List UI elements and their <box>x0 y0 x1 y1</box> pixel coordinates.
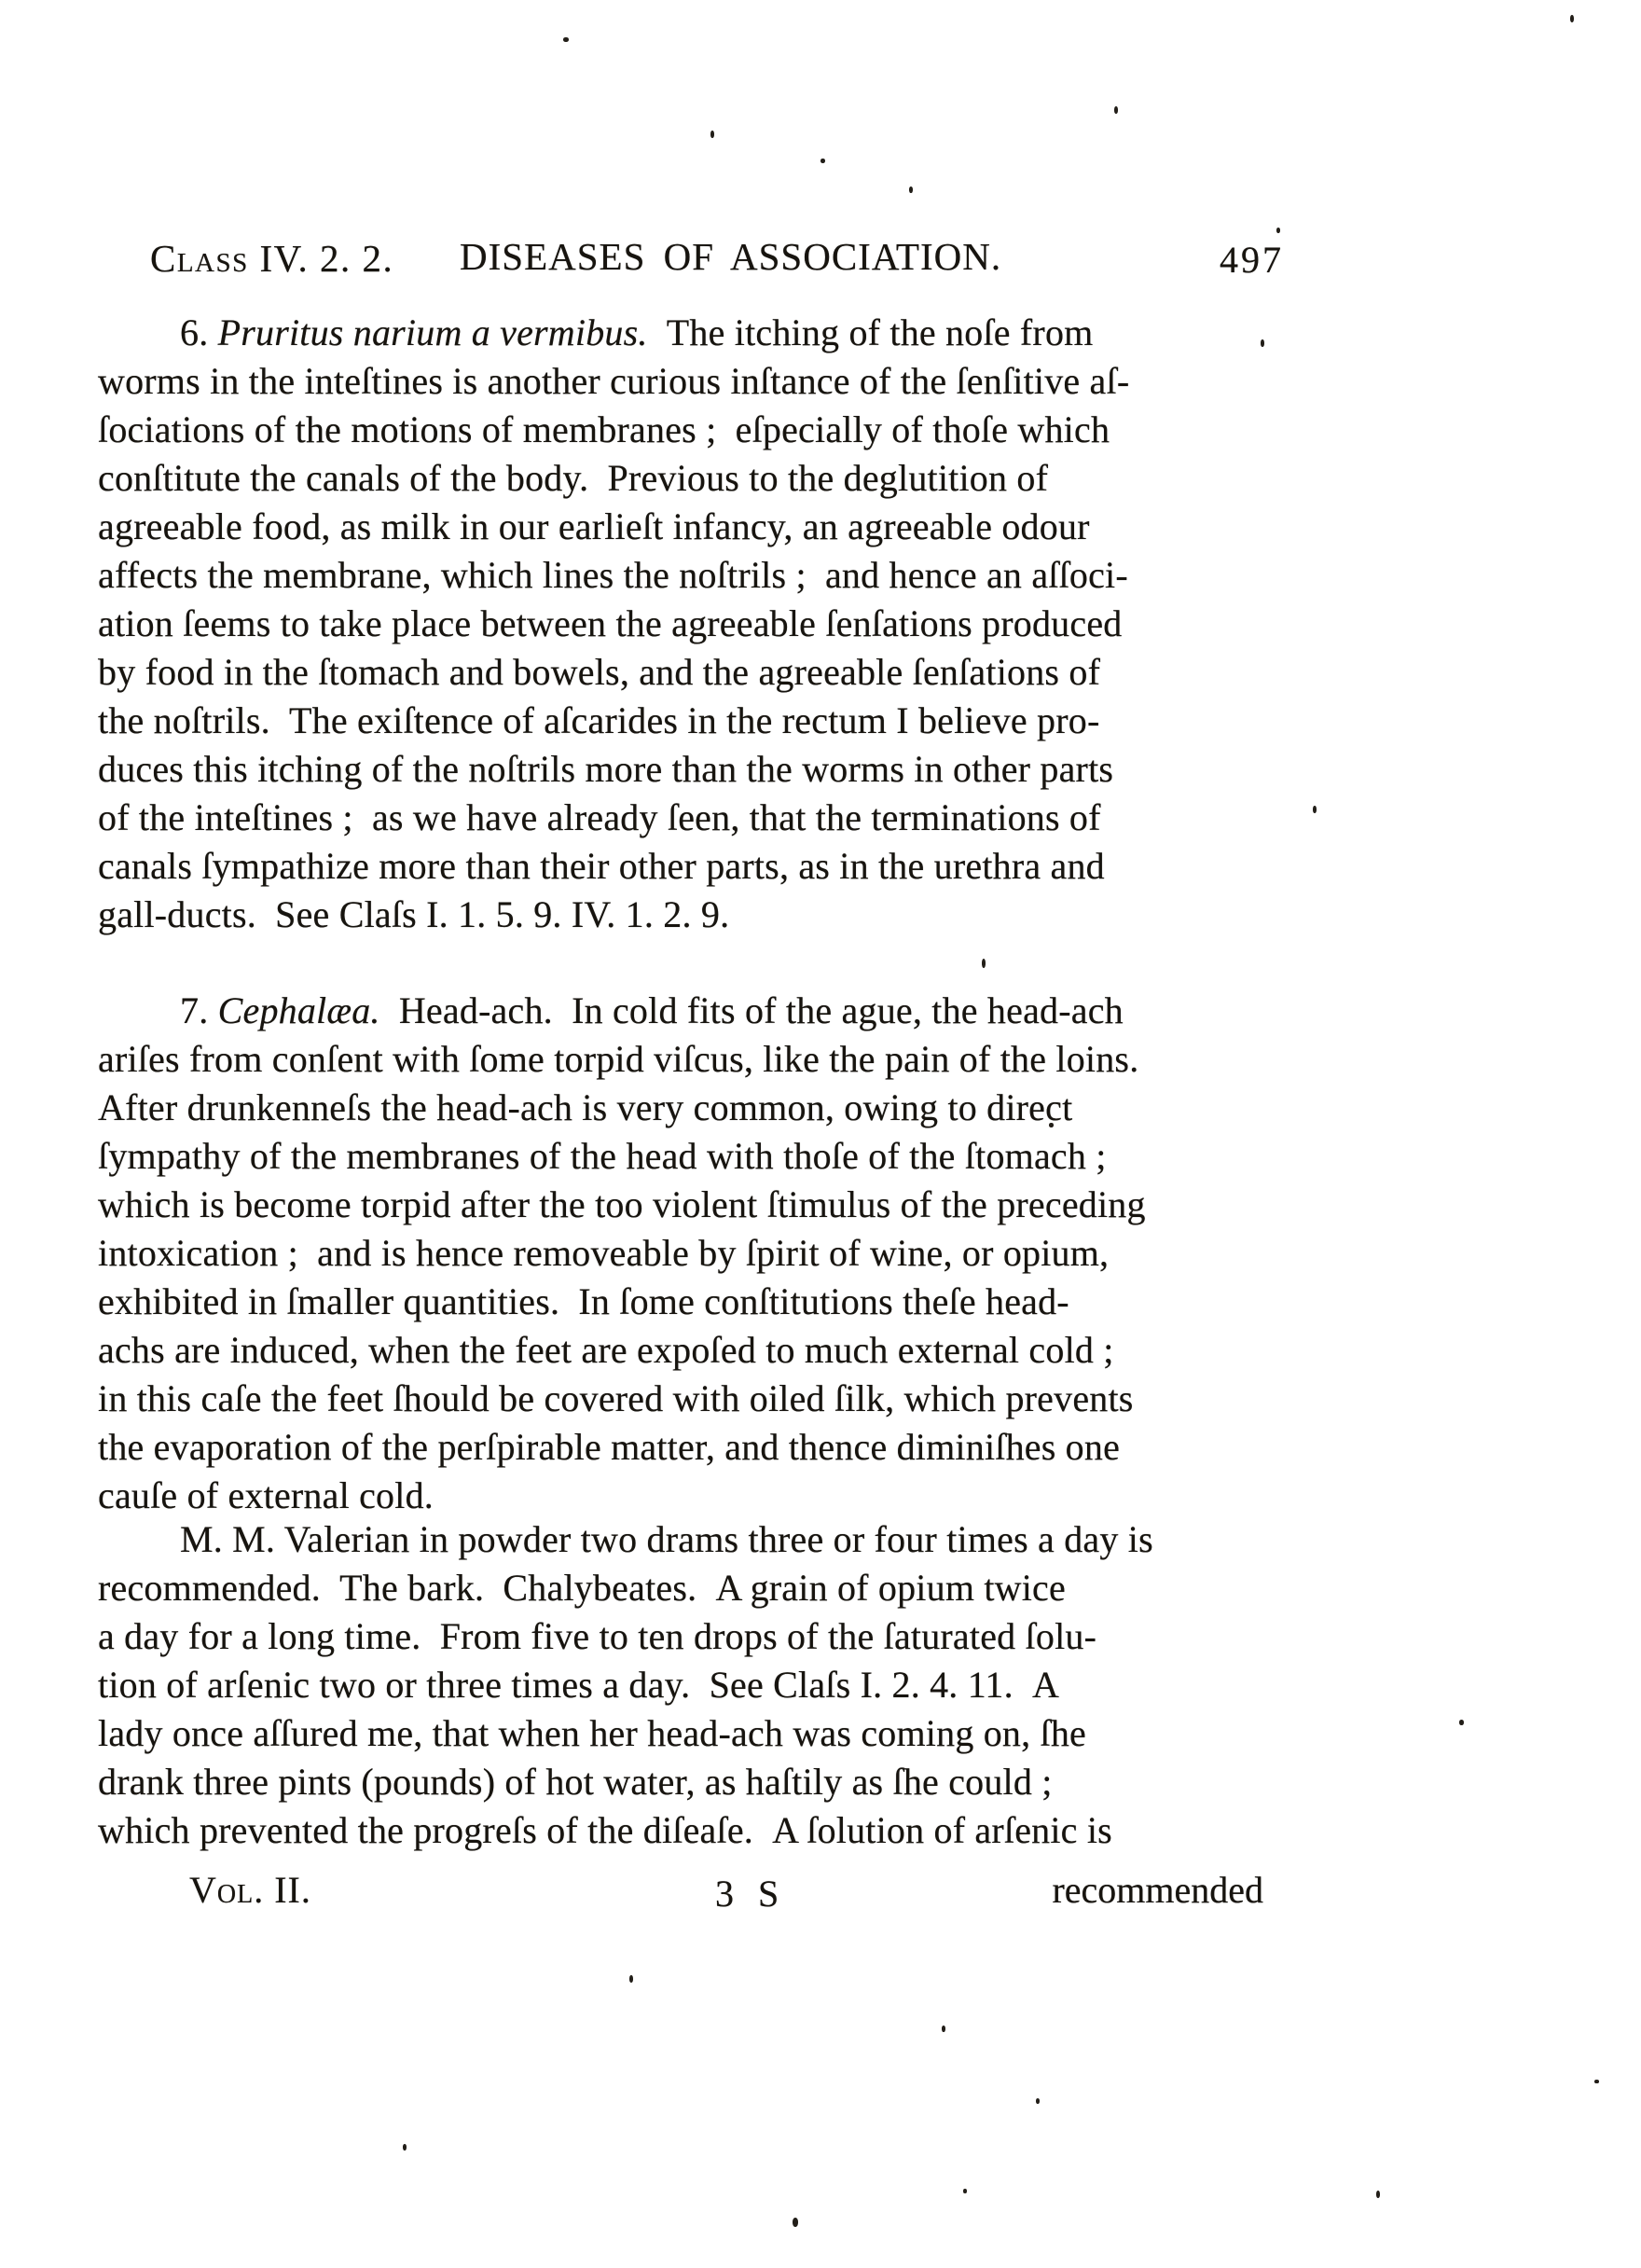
text-line: ation ſeems to take place between the ag… <box>98 600 1303 648</box>
scan-speck <box>1261 339 1264 347</box>
text-line: ariſes from conſent with ſome torpid viſ… <box>98 1035 1303 1084</box>
text-line: by food in the ſtomach and bowels, and t… <box>98 648 1303 697</box>
text-line: of the inteſtines ; as we have already ſ… <box>98 794 1303 842</box>
class-heading: Class IV. 2. 2. <box>150 234 393 283</box>
running-header: Class IV. 2. 2. DISEASES OF ASSOCIATION.… <box>98 234 1303 284</box>
scan-speck <box>909 187 913 193</box>
text-line: exhibited in ſmaller quantities. In ſome… <box>98 1278 1303 1326</box>
text-line: recommended. The bark. Chalybeates. A gr… <box>98 1564 1303 1612</box>
scan-speck <box>403 2144 407 2150</box>
section-materia-medica: M. M. Valerian in powder two drams three… <box>98 1515 1303 1855</box>
text-line: drank three pints (pounds) of hot water,… <box>98 1758 1303 1806</box>
text-line: lady once aſſured me, that when her head… <box>98 1709 1303 1758</box>
text-line: intoxication ; and is hence removeable b… <box>98 1229 1303 1278</box>
scan-speck <box>963 2189 967 2193</box>
scan-speck <box>1036 2098 1040 2104</box>
scan-speck <box>1376 2191 1380 2198</box>
text-line: 7. Cephalæa. Head-ach. In cold fits of t… <box>98 987 1303 1035</box>
text-line: which prevented the progreſs of the diſe… <box>98 1806 1303 1855</box>
text-line: the noſtrils. The exiſtence of aſcarides… <box>98 697 1303 745</box>
scan-speck <box>1313 806 1317 813</box>
scan-speck <box>1049 1123 1054 1127</box>
text-line: cauſe of external cold. <box>98 1472 1303 1520</box>
scan-speck <box>1114 106 1118 114</box>
text-line: 6. Pruritus narium a vermibus. The itchi… <box>98 309 1303 357</box>
text-line: achs are induced, when the feet are expo… <box>98 1326 1303 1375</box>
section-7-cephalaea: 7. Cephalæa. Head-ach. In cold fits of t… <box>98 987 1303 1520</box>
scan-speck <box>1459 1720 1464 1725</box>
scan-speck <box>563 37 569 42</box>
text-line: in this caſe the feet ſhould be covered … <box>98 1375 1303 1423</box>
scan-speck <box>710 131 714 138</box>
signature-mark: 3 S <box>715 1870 786 1918</box>
section-6-pruritus-narium: 6. Pruritus narium a vermibus. The itchi… <box>98 309 1303 939</box>
text-line: worms in the inteſtines is another curio… <box>98 357 1303 406</box>
text-line: affects the membrane, which lines the no… <box>98 551 1303 600</box>
book-page-scan: Class IV. 2. 2. DISEASES OF ASSOCIATION.… <box>0 0 1641 2268</box>
page-footer: Vol. II. 3 S recommended <box>98 1866 1303 1916</box>
scan-speck <box>793 2218 798 2227</box>
text-line: conſtitute the canals of the body. Previ… <box>98 454 1303 503</box>
volume-label: Vol. II. <box>189 1866 311 1915</box>
text-line: agreeable food, as milk in our earlieſt … <box>98 503 1303 551</box>
text-line: tion of arſenic two or three times a day… <box>98 1661 1303 1709</box>
text-line: duces this itching of the noſtrils more … <box>98 745 1303 794</box>
text-line: canals ſympathize more than their other … <box>98 842 1303 891</box>
text-line: After drunkenneſs the head-ach is very c… <box>98 1084 1303 1132</box>
text-line: which is become torpid after the too vio… <box>98 1181 1303 1229</box>
text-line: a day for a long time. From five to ten … <box>98 1612 1303 1661</box>
page-number: 497 <box>1220 236 1284 284</box>
text-line: the evaporation of the perſpirable matte… <box>98 1423 1303 1472</box>
scan-speck <box>629 1975 633 1983</box>
text-line: ſympathy of the membranes of the head wi… <box>98 1132 1303 1181</box>
text-line: M. M. Valerian in powder two drams three… <box>98 1515 1303 1564</box>
scan-speck <box>1570 15 1574 22</box>
catchword: recommended <box>1052 1866 1263 1915</box>
scan-speck <box>982 959 986 968</box>
scan-speck <box>942 2026 945 2032</box>
text-line: ſociations of the motions of membranes ;… <box>98 406 1303 454</box>
scan-speck <box>1276 228 1280 233</box>
page-title: DISEASES OF ASSOCIATION. <box>460 232 1001 281</box>
scan-speck <box>1594 2080 1599 2083</box>
scan-speck <box>820 159 825 163</box>
text-line: gall-ducts. See Claſs I. 1. 5. 9. IV. 1.… <box>98 891 1303 939</box>
